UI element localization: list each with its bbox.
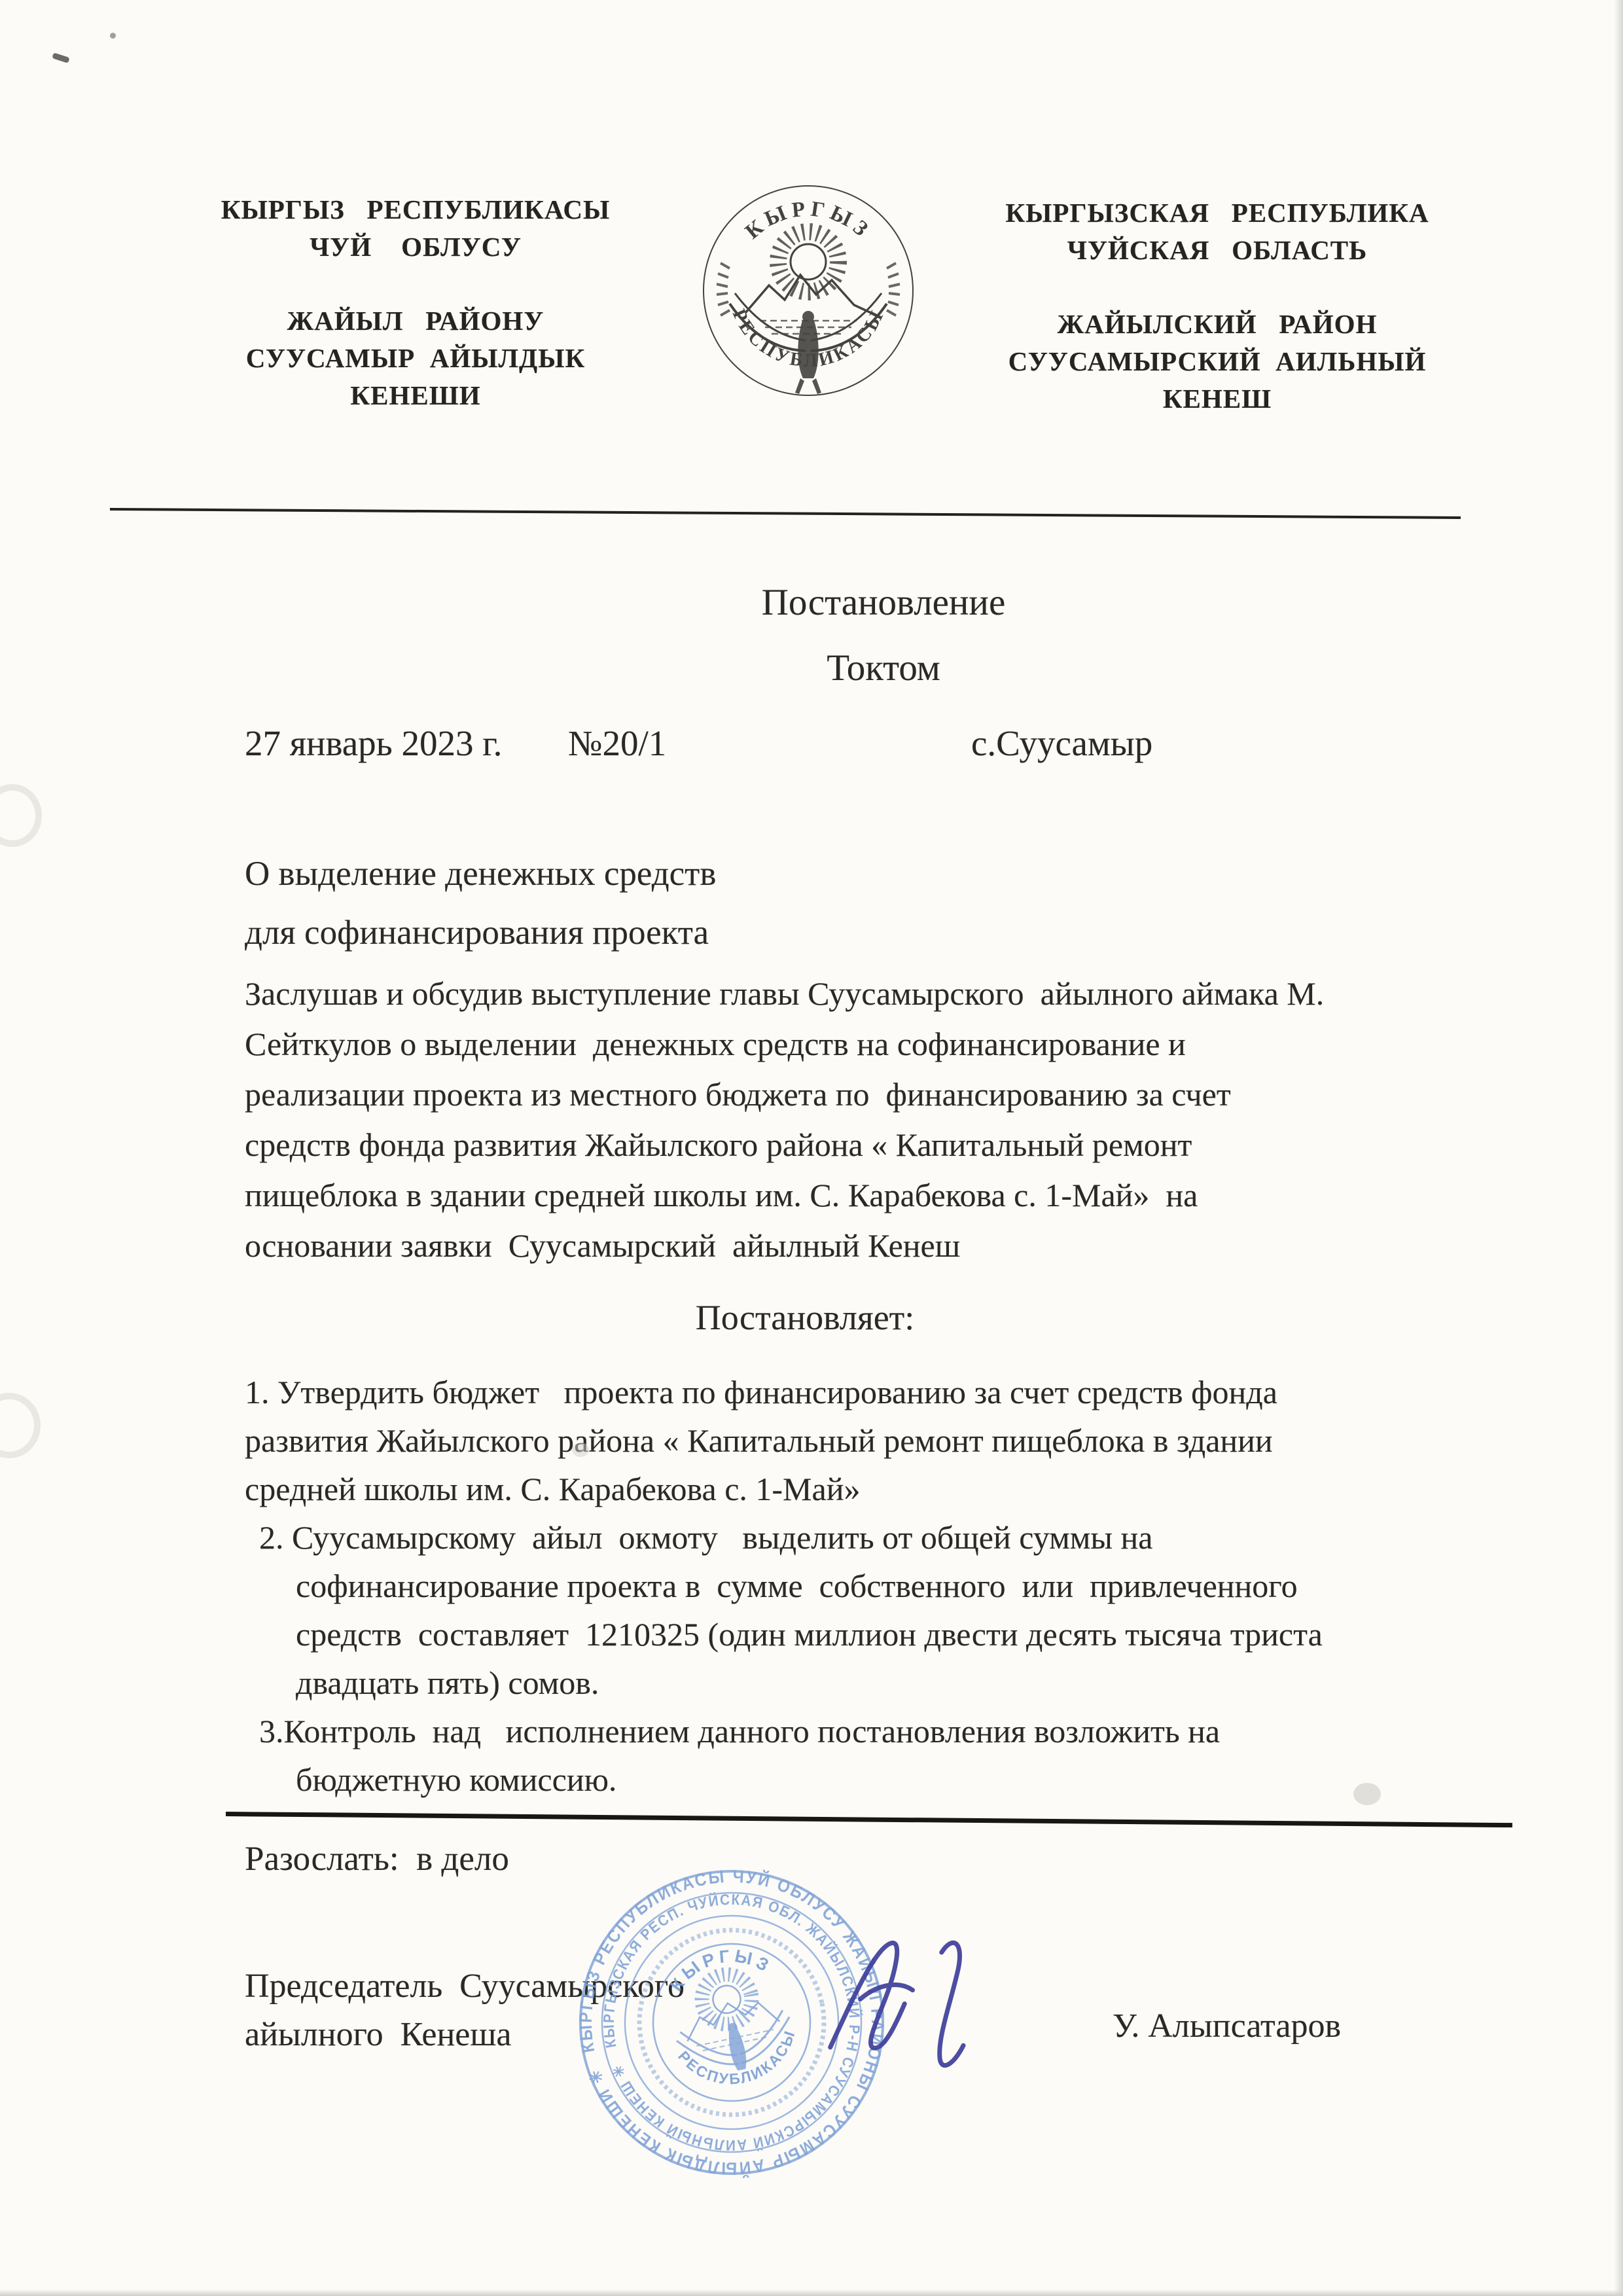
org-right-republic: КЫРГЫЗСКАЯ РЕСПУБЛИКАЧУЙСКАЯ ОБЛАСТЬ xyxy=(949,194,1486,269)
doc-place: с.Суусамыр xyxy=(971,723,1152,764)
resolution-item-3: 3.Контроль над исполнением данного поста… xyxy=(245,1707,1527,1804)
doc-subject: О выделение денежных средствдля софинанс… xyxy=(245,844,716,962)
scan-hole-mark xyxy=(0,1393,41,1458)
scan-edge-shadow xyxy=(0,2289,1623,2296)
org-name-kyrgyz: КЫРГЫЗ РЕСПУБЛИКАСЫЧУЙ ОБЛУСУ ЖАЙЫЛ РАЙО… xyxy=(157,191,674,414)
doc-number: №20/1 xyxy=(568,723,666,764)
org-left-republic: КЫРГЫЗ РЕСПУБЛИКАСЫЧУЙ ОБЛУСУ xyxy=(157,191,674,266)
national-emblem-icon: КЫРГЫЗ РЕСПУБЛИКАСЫ xyxy=(696,178,921,403)
distribution-note: Разослать: в дело xyxy=(245,1839,509,1878)
handwritten-signature xyxy=(826,1927,990,2084)
org-right-council: ЖАЙЫЛСКИЙ РАЙОНСУУСАМЫРСКИЙ АИЛЬНЫЙКЕНЕШ xyxy=(949,306,1486,418)
resolution-item-2: 2. Суусамырскому айыл окмоту выделить от… xyxy=(245,1513,1527,1707)
resolution-items: 1. Утвердить бюджет проекта по финансиро… xyxy=(245,1368,1527,1804)
doc-title-russian: Постановление xyxy=(229,581,1538,624)
signer-name: У. Алыпсатаров xyxy=(1113,2007,1341,2045)
emblem-top-text: КЫРГЫЗ xyxy=(741,197,876,243)
doc-date: 27 январь 2023 г. xyxy=(245,723,502,764)
scan-speck xyxy=(110,33,116,39)
resolves-heading: Постановляет: xyxy=(229,1297,1381,1338)
doc-preamble: Заслушав и обсудив выступление главы Суу… xyxy=(245,969,1527,1271)
scan-speck xyxy=(52,52,70,63)
scanned-document-page: КЫРГЫЗ РЕСПУБЛИКАСЫЧУЙ ОБЛУСУ ЖАЙЫЛ РАЙО… xyxy=(0,0,1623,2296)
scan-edge-shadow xyxy=(1614,0,1623,2296)
header-separator-line xyxy=(110,508,1461,519)
doc-title-kyrgyz: Токтом xyxy=(229,647,1538,689)
org-name-russian: КЫРГЫЗСКАЯ РЕСПУБЛИКАЧУЙСКАЯ ОБЛАСТЬ ЖАЙ… xyxy=(949,194,1486,418)
scan-smudge xyxy=(572,1443,589,1457)
scan-hole-mark xyxy=(0,784,42,847)
resolution-item-1: 1. Утвердить бюджет проекта по финансиро… xyxy=(245,1368,1527,1513)
footer-separator-line xyxy=(226,1812,1512,1827)
org-left-council: ЖАЙЫЛ РАЙОНУСУУСАМЫР АЙЫЛДЫККЕНЕШИ xyxy=(157,302,674,414)
scan-smudge xyxy=(1353,1783,1381,1805)
